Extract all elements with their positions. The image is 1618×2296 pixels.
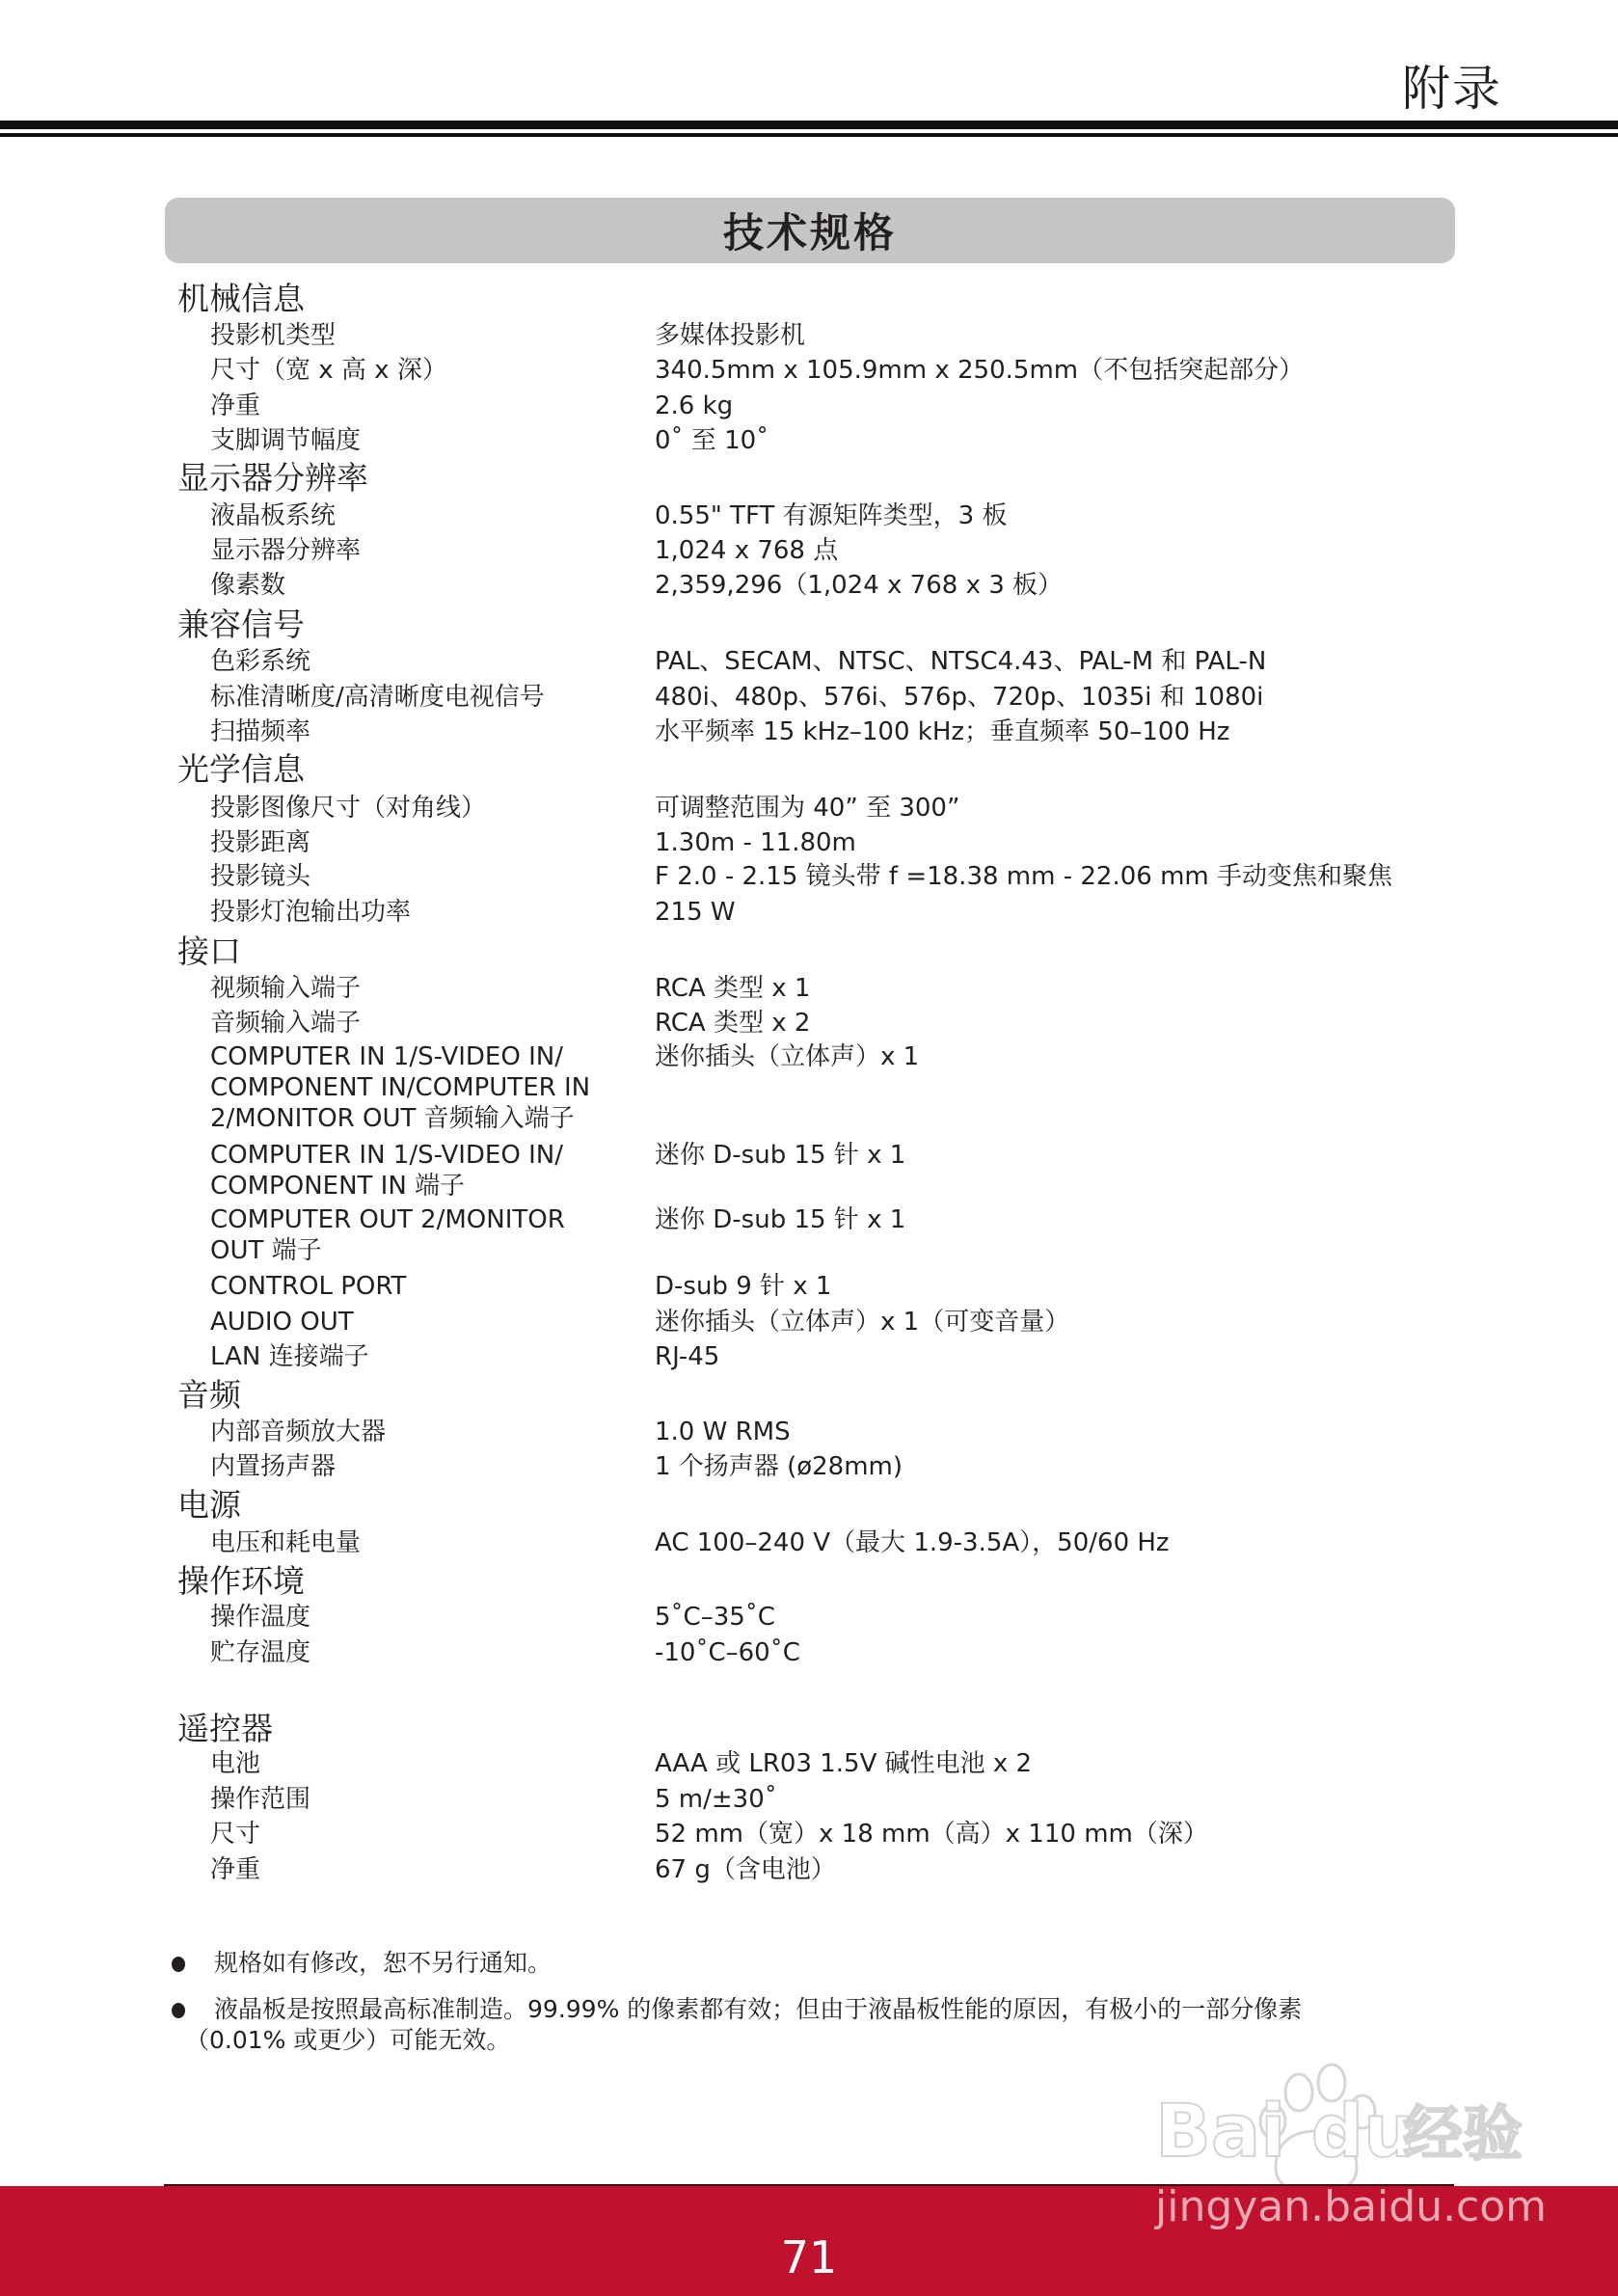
spec-label: 液晶板系统 (210, 500, 634, 531)
spec-label: COMPUTER IN 1/S-VIDEO IN/ COMPONENT IN/C… (210, 1041, 625, 1134)
spec-label: 电池 (210, 1748, 634, 1779)
spec-value: 2,359,296（1,024 x 768 x 3 板） (655, 570, 1063, 601)
spec-label: 操作温度 (210, 1602, 634, 1633)
section-title-mechanical: 机械信息 (177, 280, 305, 318)
bullet-icon (172, 1957, 185, 1972)
section-title-optical: 光学信息 (177, 750, 305, 789)
spec-value: 0.55" TFT 有源矩阵类型，3 板 (655, 500, 1007, 531)
spec-value: 5˚C–35˚C (655, 1602, 775, 1633)
spec-value: 480i、480p、576i、576p、720p、1035i 和 1080i (655, 682, 1263, 713)
spec-label: 投影距离 (210, 827, 634, 858)
header-rule-thick (0, 121, 1618, 129)
spec-value: 2.6 kg (655, 391, 733, 421)
spec-value: D-sub 9 针 x 1 (655, 1271, 831, 1302)
spec-value: AC 100–240 V（最大 1.9-3.5A），50/60 Hz (655, 1527, 1170, 1558)
note-text: 液晶板是按照最高标准制造。99.99% 的像素都有效；但由于液晶板性能的原因，有… (214, 1994, 1458, 2056)
bullet-icon (172, 2003, 185, 2018)
section-title-environment: 操作环境 (177, 1562, 305, 1601)
spec-value: 多媒体投影机 (655, 320, 805, 351)
spec-label: 音频输入端子 (210, 1008, 634, 1039)
spec-label: 尺寸 (210, 1819, 634, 1850)
spec-label: 电压和耗电量 (210, 1527, 634, 1558)
spec-label: 内部音频放大器 (210, 1417, 634, 1447)
watermark-url: jingyan.baidu.com (1155, 2183, 1547, 2231)
spec-label: 尺寸（宽 x 高 x 深） (210, 355, 634, 386)
spec-value: RJ-45 (655, 1341, 719, 1372)
spec-value: 迷你 D-sub 15 针 x 1 (655, 1204, 905, 1235)
spec-label: 内置扬声器 (210, 1451, 634, 1482)
watermark-brand: Bai du (1155, 2093, 1416, 2170)
spec-value: 0˚ 至 10˚ (655, 425, 769, 456)
header-rule-thin (0, 133, 1618, 137)
spec-label: 像素数 (210, 570, 634, 601)
spec-value: 1.30m - 11.80m (655, 827, 856, 858)
spec-value: 迷你插头（立体声）x 1 (655, 1041, 919, 1072)
page-title-bar: 技术规格 (165, 198, 1455, 263)
spec-label: 净重 (210, 391, 634, 421)
spec-label: 操作范围 (210, 1784, 634, 1815)
spec-label: 投影镜头 (210, 861, 634, 892)
note-text-line1: 液晶板是按照最高标准制造。99.99% 的像素都有效；但由于液晶板性能的原因，有… (214, 1995, 1302, 2023)
spec-label: 支脚调节幅度 (210, 425, 634, 456)
section-title-interfaces: 接口 (177, 932, 241, 971)
page-title: 技术规格 (723, 202, 897, 259)
spec-value: F 2.0 - 2.15 镜头带 f =18.38 mm - 22.06 mm … (655, 861, 1392, 892)
section-title-display: 显示器分辨率 (177, 459, 368, 498)
spec-value: AAA 或 LR03 1.5V 碱性电池 x 2 (655, 1748, 1032, 1779)
spec-value: 5 m/±30˚ (655, 1784, 777, 1815)
spec-label: 标准清晰度/高清晰度电视信号 (210, 682, 634, 713)
spec-value: 1.0 W RMS (655, 1417, 791, 1447)
section-title-signals: 兼容信号 (177, 606, 305, 644)
spec-label: COMPUTER IN 1/S-VIDEO IN/ COMPONENT IN 端… (210, 1140, 596, 1202)
spec-label: 贮存温度 (210, 1637, 634, 1668)
spec-value: -10˚C–60˚C (655, 1637, 800, 1668)
spec-value: 340.5mm x 105.9mm x 250.5mm（不包括突起部分） (655, 355, 1304, 386)
section-title-power: 电源 (177, 1486, 241, 1525)
spec-label: 投影灯泡输出功率 (210, 897, 634, 928)
chapter-title: 附录 (1402, 60, 1502, 118)
spec-label: 扫描频率 (210, 716, 634, 747)
spec-value: 可调整范围为 40” 至 300” (655, 793, 959, 824)
spec-label: 净重 (210, 1854, 634, 1885)
spec-label: 投影机类型 (210, 320, 634, 351)
watermark-brand-text: Bai du (1155, 2088, 1416, 2174)
spec-label: 投影图像尺寸（对角线） (210, 793, 634, 824)
spec-value: RCA 类型 x 2 (655, 1008, 810, 1039)
spec-value: 迷你插头（立体声）x 1（可变音量） (655, 1307, 1069, 1337)
spec-label: AUDIO OUT (210, 1307, 634, 1337)
spec-value: 水平频率 15 kHz–100 kHz；垂直频率 50–100 Hz (655, 716, 1229, 747)
spec-value: 1 个扬声器 (ø28mm) (655, 1451, 903, 1482)
spec-value: 1,024 x 768 点 (655, 535, 838, 566)
section-title-audio: 音频 (177, 1376, 241, 1415)
note-text-line2: （0.01% 或更少）可能无效。 (185, 2025, 1458, 2056)
spec-label: 视频输入端子 (210, 973, 634, 1004)
spec-label: 色彩系统 (210, 646, 634, 677)
spec-label: LAN 连接端子 (210, 1341, 634, 1372)
spec-label: CONTROL PORT (210, 1271, 634, 1302)
spec-label: COMPUTER OUT 2/MONITOR OUT 端子 (210, 1204, 615, 1266)
spec-value: RCA 类型 x 1 (655, 973, 810, 1004)
watermark-brand-cn: 经验 (1403, 2100, 1523, 2168)
page-number: 71 (0, 2231, 1618, 2283)
section-title-remote: 遥控器 (177, 1710, 273, 1748)
spec-value: 52 mm（宽）x 18 mm（高）x 110 mm（深） (655, 1819, 1208, 1850)
spec-value: 67 g（含电池） (655, 1854, 836, 1885)
spec-value: 迷你 D-sub 15 针 x 1 (655, 1140, 905, 1171)
note-text: 规格如有修改，恕不另行通知。 (214, 1948, 1458, 1979)
spec-value: PAL、SECAM、NTSC、NTSC4.43、PAL-M 和 PAL-N (655, 646, 1266, 677)
spec-label: 显示器分辨率 (210, 535, 634, 566)
spec-value: 215 W (655, 897, 736, 928)
